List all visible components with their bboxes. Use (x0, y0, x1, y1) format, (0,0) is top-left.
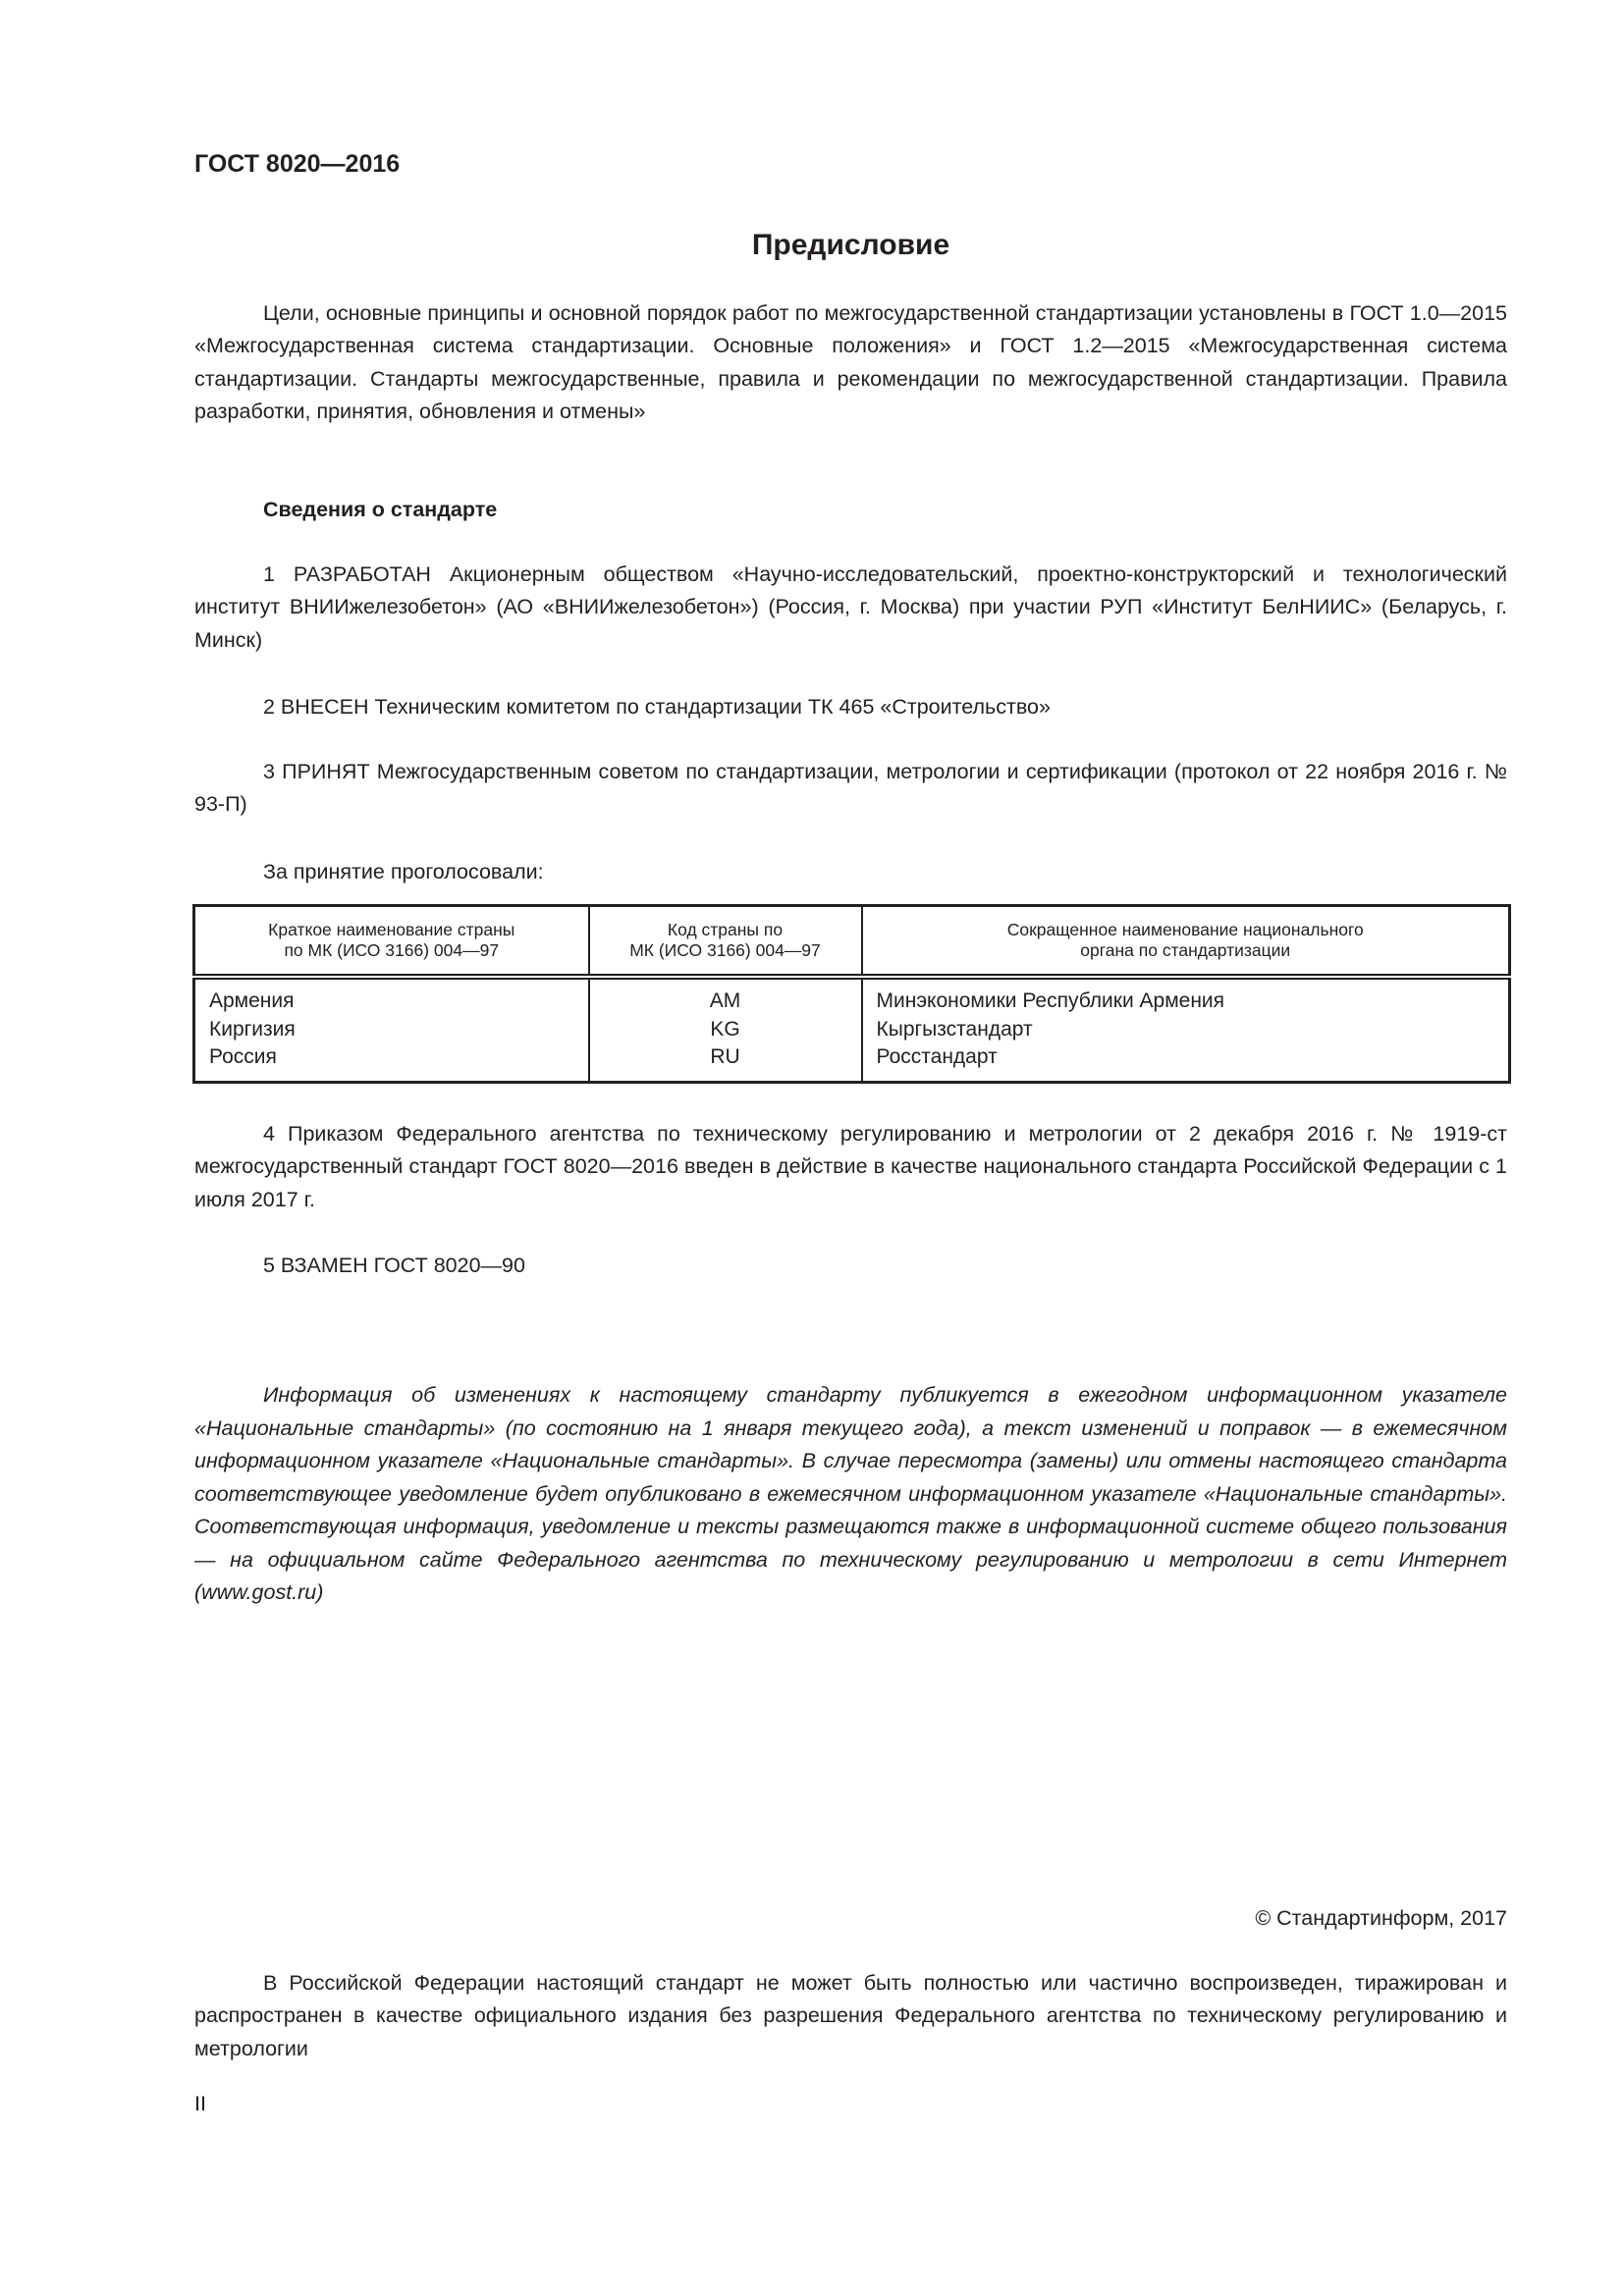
country-russia: Россия (209, 1043, 574, 1072)
body-kyrgyzstan: Кыргызстандарт (877, 1016, 1495, 1044)
code-ru: RU (604, 1043, 847, 1072)
column-header-standards-body: Сокращенное наименование национального о… (862, 906, 1510, 978)
votes-table: Краткое наименование страны по МК (ИСО 3… (192, 904, 1511, 1084)
column-header-code: Код страны по МК (ИСО 3166) 004—97 (589, 906, 862, 978)
item-3-adopted: 3 ПРИНЯТ Межгосударственным советом по с… (194, 756, 1507, 822)
item-5-replaces: 5 ВЗАМЕН ГОСТ 8020—90 (194, 1250, 1507, 1282)
body-armenia: Минэкономики Республики Армения (877, 988, 1495, 1016)
page-title: Предисловие (194, 228, 1507, 263)
info-notice: Информация об изменениях к настоящему ст… (194, 1379, 1507, 1610)
copyright: © Стандартинформ, 2017 (194, 1902, 1507, 1935)
country-armenia: Армения (209, 988, 574, 1016)
country-column-cell: Армения Киргизия Россия (194, 977, 589, 1083)
table-header-row: Краткое наименование страны по МК (ИСО 3… (194, 906, 1510, 978)
page-number: II (194, 2089, 206, 2118)
standards-body-column-cell: Минэкономики Республики Армения Кыргызст… (862, 977, 1510, 1083)
code-column-cell: AM KG RU (589, 977, 862, 1083)
vote-label: За принятие проголосовали: (263, 856, 544, 888)
document-code: ГОСТ 8020—2016 (194, 149, 400, 179)
code-am: AM (604, 988, 847, 1016)
item-2-submitted: 2 ВНЕСЕН Техническим комитетом по станда… (194, 691, 1507, 723)
item-4-order: 4 Приказом Федерального агентства по тех… (194, 1118, 1507, 1216)
column-header-country: Краткое наименование страны по МК (ИСО 3… (194, 906, 589, 978)
item-1-developed: 1 РАЗРАБОТАН Акционерным обществом «Науч… (194, 559, 1507, 657)
intro-paragraph: Цели, основные принципы и основной поряд… (194, 297, 1507, 428)
code-kg: KG (604, 1016, 847, 1044)
table-body-row: Армения Киргизия Россия AM KG RU Минэкон… (194, 977, 1510, 1083)
section-heading: Сведения о стандарте (263, 494, 497, 526)
rights-notice: В Российской Федерации настоящий стандар… (194, 1967, 1507, 2065)
country-kyrgyzstan: Киргизия (209, 1016, 574, 1044)
body-russia: Росстандарт (877, 1043, 1495, 1072)
